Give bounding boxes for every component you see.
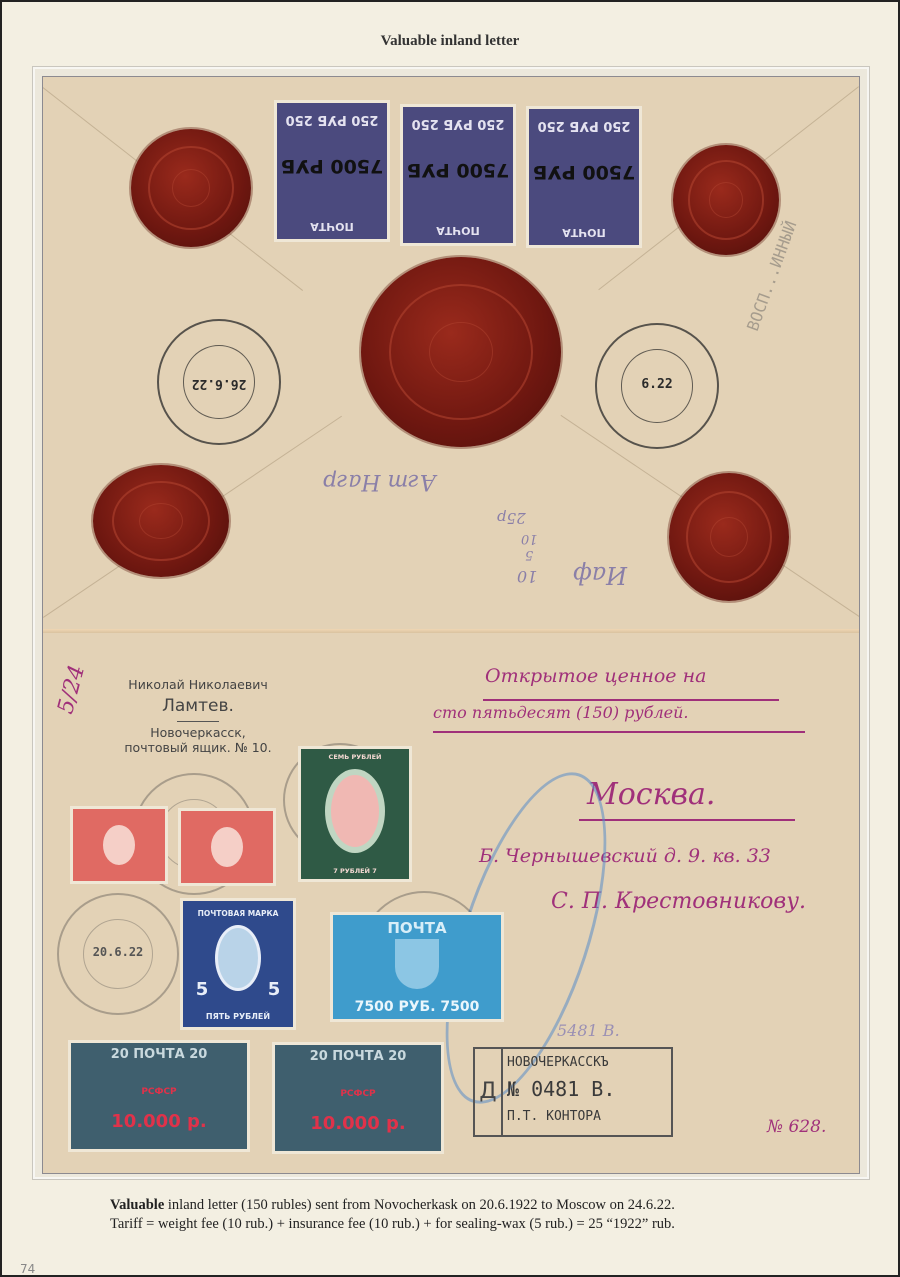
wax-seal-top-left [131, 129, 251, 247]
caption-line-1: Valuable inland letter (150 rubles) sent… [110, 1196, 810, 1215]
exhibit-caption: Valuable inland letter (150 rubles) sent… [110, 1196, 810, 1234]
eagle-icon [211, 827, 243, 867]
wax-seal-bottom-right [669, 473, 789, 601]
sender-city: Новочеркасск, [83, 725, 313, 740]
eagle-oval [325, 769, 385, 853]
postmark-moscow-left: 26.6.22 [157, 319, 281, 445]
sender-surname: Ламтев. [83, 696, 313, 716]
pencil-tariff-10: 10 [521, 531, 538, 546]
postmark-moscow-right: 6.22 [595, 323, 719, 449]
registration-note: № 628. [767, 1117, 826, 1137]
stamp-seven-rubles: СЕМЬ РУБЛЕЙ 7 РУБЛЕЙ 7 [301, 749, 409, 879]
shield-emblem-icon [395, 939, 439, 989]
stamp-five-rubles: ПОЧТОВАЯ МАРКА 5 5 ПЯТЬ РУБЛЕЙ [183, 901, 293, 1027]
stamp-250-overprint-7500: 250 РУБ 250 7500 РУБ ПОЧТА [529, 109, 639, 245]
sender-name: Николай Николаевич [83, 677, 313, 692]
envelope: 250 РУБ 250 7500 РУБ ПОЧТА 250 РУБ 250 7… [42, 76, 860, 1174]
stamp-250-overprint-7500: 250 РУБ 250 7500 РУБ ПОЧТА [403, 107, 513, 243]
declaration-line-1: Открытое ценное на [485, 665, 706, 687]
declaration-underline-2 [433, 731, 805, 733]
address-city: Москва. [587, 777, 715, 812]
pencil-signature: Агт Нагр [323, 469, 436, 494]
declaration-underline-1 [483, 699, 779, 701]
stamp-250-overprint-7500: 250 РУБ 250 7500 РУБ ПОЧТА [277, 103, 387, 239]
declaration-line-2: сто пятьдесят (150) рублей. [433, 703, 689, 722]
eagle-icon [103, 825, 135, 865]
stamp-7500-rubles: ПОЧТА 7500 РУБ. 7500 [333, 915, 501, 1019]
page-title: Valuable inland letter [0, 33, 900, 50]
wax-seal-bottom-left [93, 465, 229, 577]
pencil-tariff-sum: 25р [497, 509, 526, 527]
sender-po-box: почтовый ящик. № 10. [83, 740, 313, 755]
pencil-registration-number: 5481 В. [557, 1021, 620, 1040]
stamp-red-imperial [73, 809, 165, 881]
registration-label: Д НОВОЧЕРКАССКЪ № 0481 В. П.Т. КОНТОРА [473, 1047, 673, 1137]
envelope-fold [43, 629, 859, 633]
page-number-pencil: 74 [20, 1262, 35, 1276]
registration-letter: Д [475, 1049, 503, 1135]
stamp-overprint-10000: 20 ПОЧТА 20 РСФСР 10.000 р. [71, 1043, 247, 1149]
stamp-red-imperial [181, 811, 273, 883]
caption-line-2: Tariff = weight fee (10 rub.) + insuranc… [110, 1215, 810, 1234]
sender-divider [177, 721, 219, 722]
wax-seal-top-right [673, 145, 779, 255]
wax-seal-center [361, 257, 561, 447]
pencil-tariff-10b: 10 [517, 567, 537, 586]
sender-imprint: Николай Николаевич Ламтев. Новочеркасск,… [83, 677, 313, 755]
stamp-overprint-10000: 20 ПОЧТА 20 РСФСР 10.000 р. [275, 1045, 441, 1151]
pencil-initials: Иаф [573, 561, 627, 589]
pencil-tariff-5: 5 [525, 547, 533, 562]
address-city-underline [579, 819, 795, 821]
